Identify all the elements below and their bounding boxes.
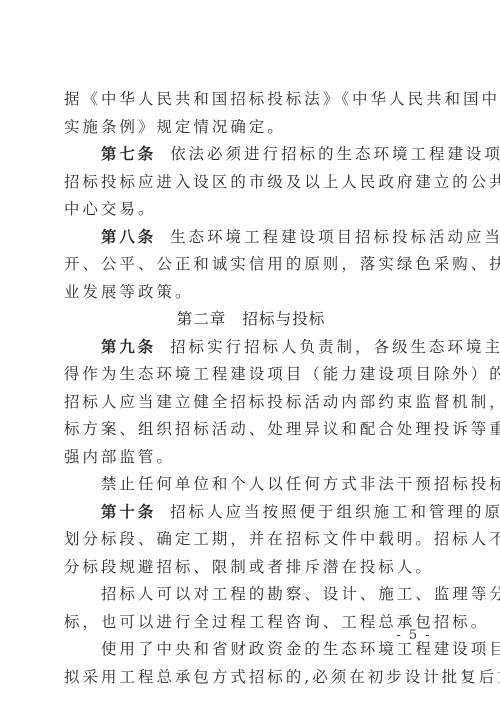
article-number: 第九条 — [101, 338, 156, 356]
text-span: 生态环境工程建设项目招标投标活动应当遵循公 — [170, 228, 500, 246]
chapter-heading: 第二章招标与投标 — [64, 306, 438, 334]
chapter-number: 第二章 — [177, 310, 227, 328]
text-line: 据《中华人民共和国招标投标法》《中华人民共和国中标投标法 — [64, 86, 438, 114]
chapter-title: 招标与投标 — [242, 310, 325, 328]
text-line: 标，也可以进行全过程工程咨询、工程总承包招标。 — [64, 609, 438, 637]
article-10-first-line: 第十条招标人应当按照便于组织施工和管理的原则合理 — [64, 499, 438, 527]
text-line: 使用了中央和省财政资金的生态环境工程建设项目，招标人 — [64, 636, 438, 664]
text-line: 划分标段、确定工期，并在招标文件中载明。招标人不得利用划 — [64, 526, 438, 554]
text-line: 开、公平、公正和诚实信用的原则，落实绿色采购、扶持中小企 — [64, 251, 438, 279]
text-line: 禁止任何单位和个人以任何方式非法干预招标投标活动。 — [64, 471, 438, 499]
article-7-first-line: 第七条依法必须进行招标的生态环境工程建设项目，公开 — [64, 141, 438, 169]
page-number: - 5 - — [396, 628, 432, 643]
article-number: 第七条 — [101, 145, 156, 163]
text-line: 业发展等政策。 — [64, 279, 438, 307]
article-8-first-line: 第八条生态环境工程建设项目招标投标活动应当遵循公 — [64, 224, 438, 252]
article-number: 第十条 — [101, 503, 156, 521]
text-line: 招标人可以对工程的勘察、设计、施工、监理等分别进行招 — [64, 581, 438, 609]
text-line: 招标人应当建立健全招标投标活动内部约束监督机制，在制定招 — [64, 389, 438, 417]
text-span: 招标人应当按照便于组织施工和管理的原则合理 — [170, 503, 500, 521]
text-line: 分标段规避招标、限制或者排斥潜在投标人。 — [64, 554, 438, 582]
text-line: 标方案、组织招标活动、处理异议和配合处理投诉等重点环节加 — [64, 416, 438, 444]
text-line: 招标投标应进入设区的市级及以上人民政府建立的公共资源交易 — [64, 169, 438, 197]
article-9-first-line: 第九条招标实行招标人负责制，各级生态环境主管部门不 — [64, 334, 438, 362]
text-span: 招标实行招标人负责制，各级生态环境主管部门不 — [170, 338, 500, 356]
text-line: 强内部监管。 — [64, 444, 438, 472]
text-line: 实施条例》规定情况确定。 — [64, 114, 438, 142]
text-line: 拟采用工程总承包方式招标的,必须在初步设计批复后方可实施， — [64, 664, 438, 692]
article-number: 第八条 — [101, 228, 156, 246]
text-line: 得作为生态环境工程建设项目（能力建设项目除外）的招标人。 — [64, 361, 438, 389]
text-line: 中心交易。 — [64, 196, 438, 224]
page-body: 据《中华人民共和国招标投标法》《中华人民共和国中标投标法 实施条例》规定情况确定… — [64, 86, 438, 691]
document-page: 据《中华人民共和国招标投标法》《中华人民共和国中标投标法 实施条例》规定情况确定… — [0, 0, 500, 707]
text-span: 依法必须进行招标的生态环境工程建设项目，公开 — [170, 145, 500, 163]
